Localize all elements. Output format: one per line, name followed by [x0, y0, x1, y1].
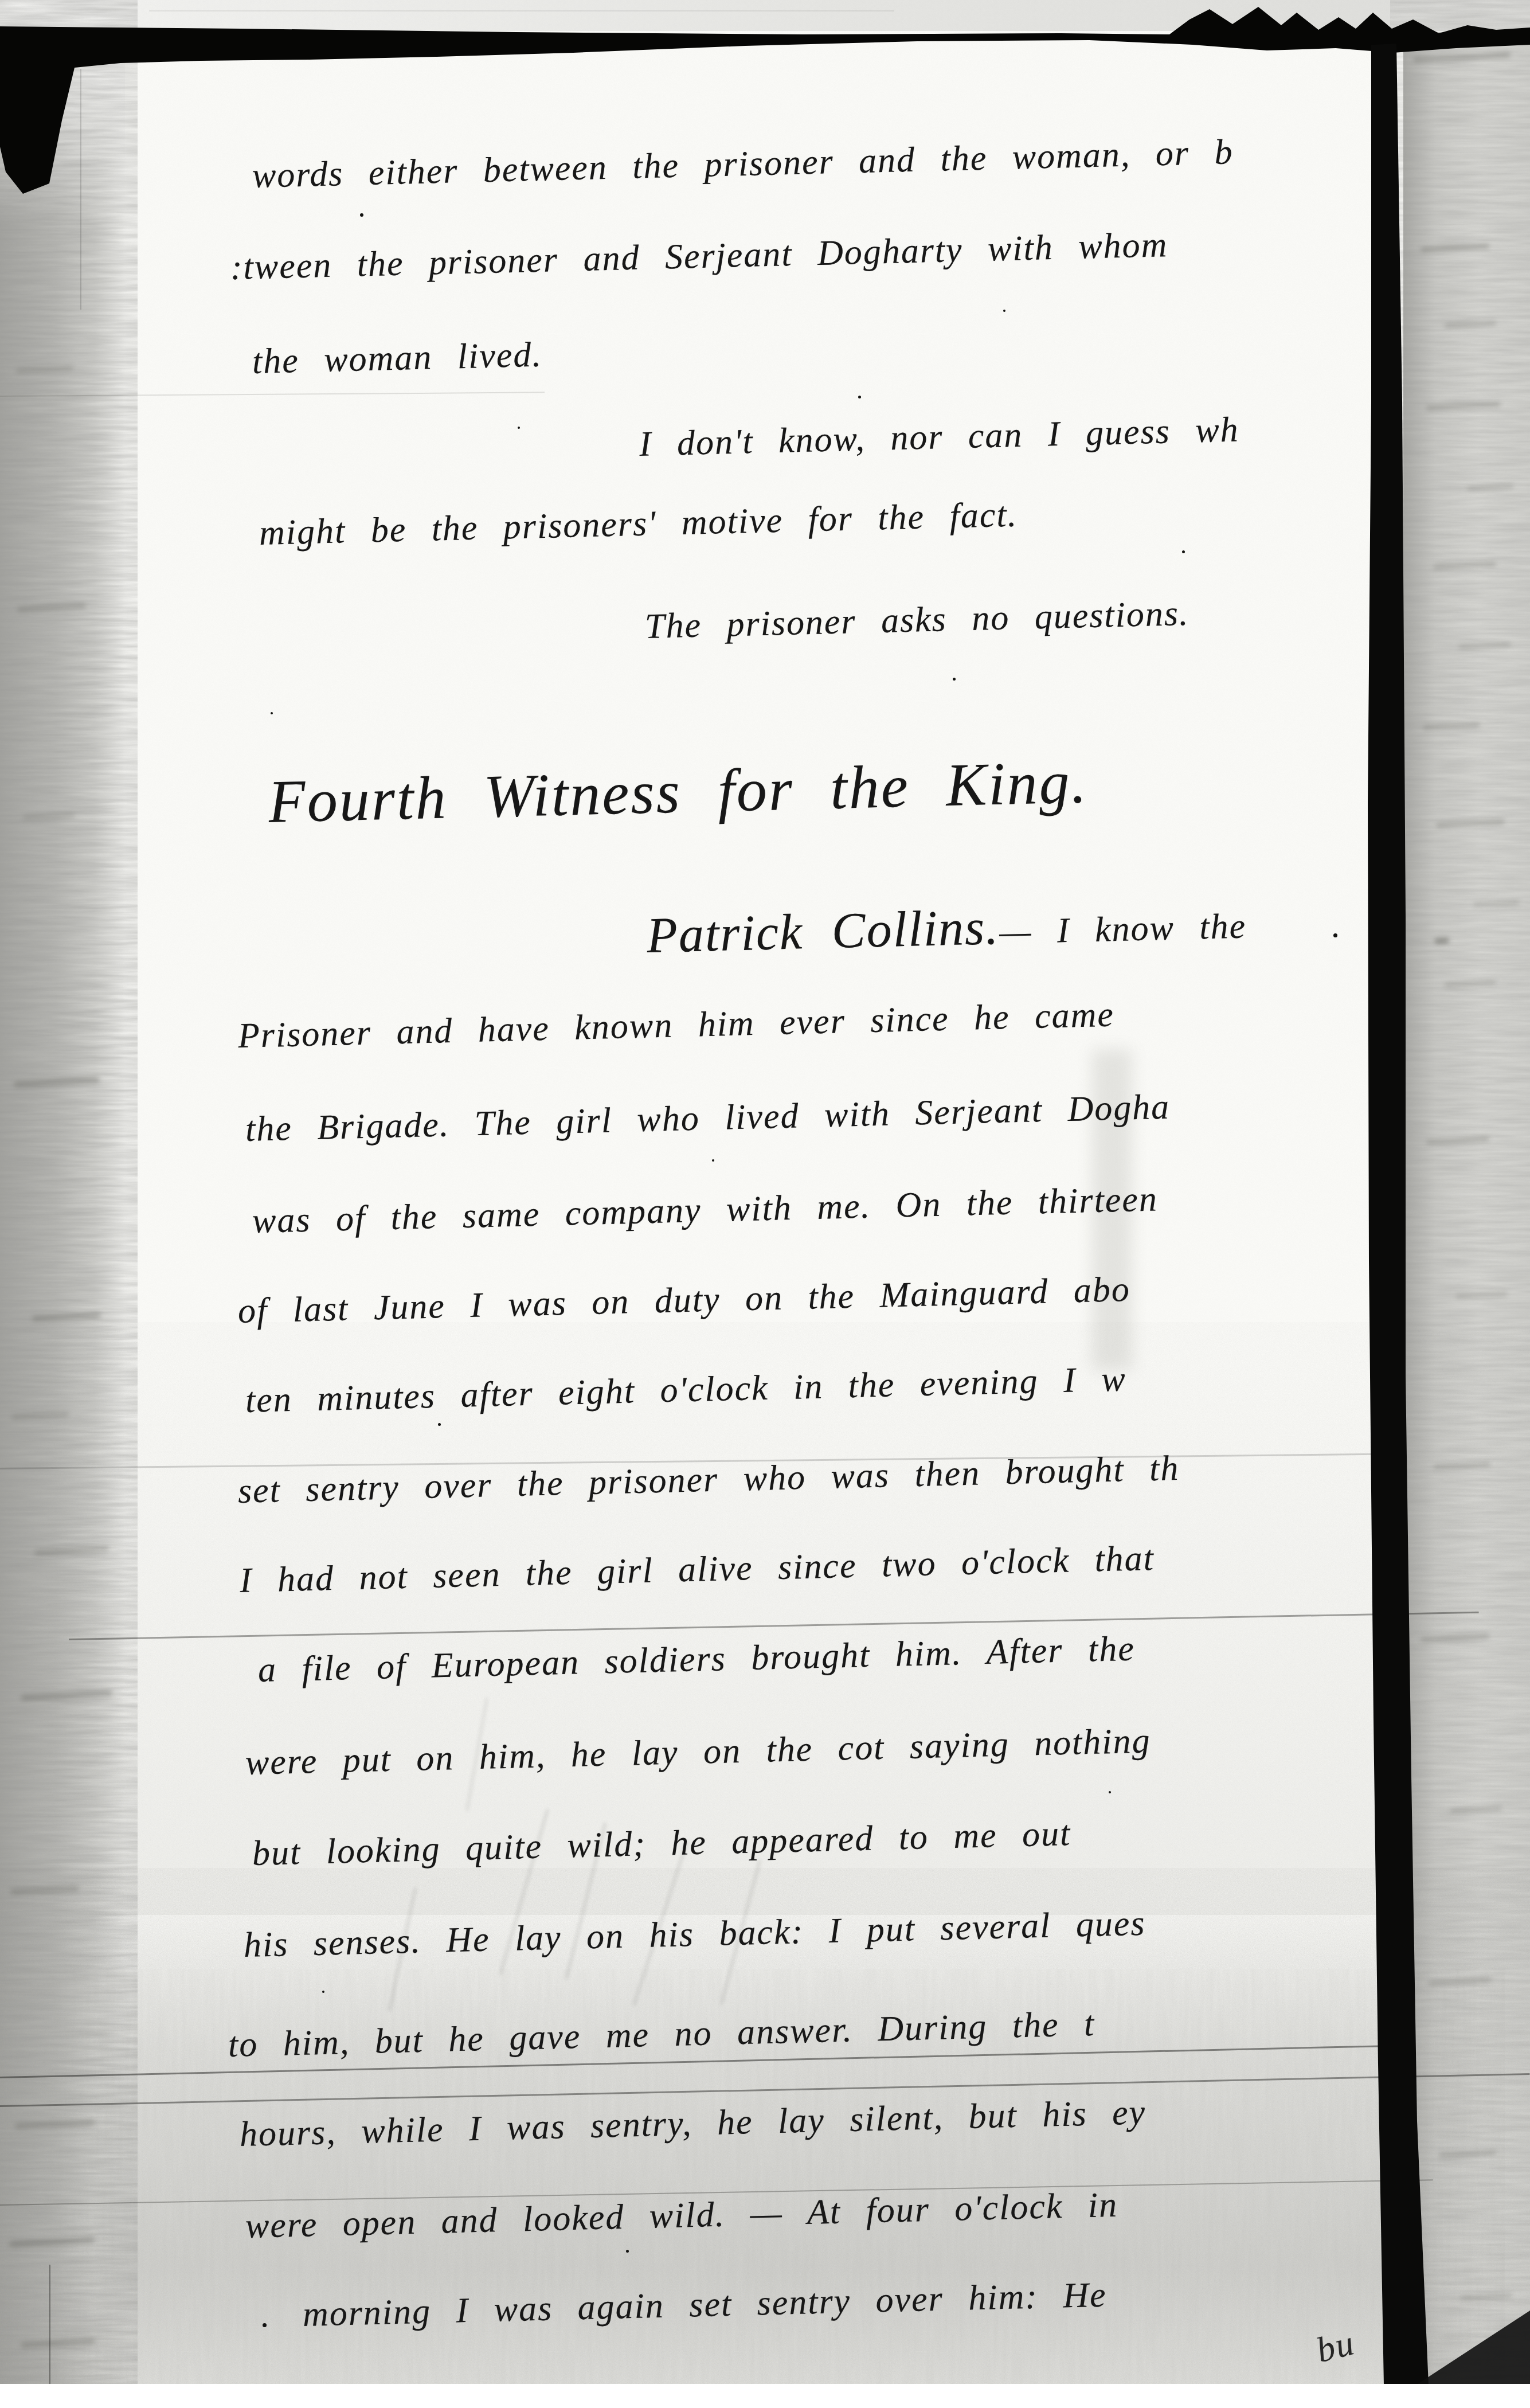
witness-name: Patrick Collins.	[646, 900, 1000, 964]
manuscript-line: :tween the prisoner and Serjeant Doghart…	[230, 220, 1384, 288]
ink-dot	[712, 1159, 714, 1162]
manuscript-line: the Brigade. The girl who lived with Ser…	[245, 1081, 1384, 1150]
ink-dot	[263, 2323, 267, 2327]
ink-dot	[1003, 310, 1005, 312]
manuscript-line: of last June I was on duty on the Maingu…	[237, 1263, 1384, 1332]
scan-artifact-line	[149, 10, 894, 11]
manuscript-page-scan: words either between the prisoner and th…	[0, 0, 1530, 2408]
top-paper-strip	[0, 0, 1530, 31]
scan-artifact-line	[80, 69, 81, 310]
ink-dot	[518, 427, 520, 429]
ink-dot	[360, 213, 363, 217]
left-binding-edge-fade	[0, 63, 125, 224]
ink-dot	[1109, 1791, 1111, 1793]
witness-intro: — I know the	[999, 906, 1247, 952]
manuscript-line: might be the prisoners' motive for the f…	[259, 495, 1018, 554]
ink-dot	[1182, 550, 1185, 553]
manuscript-line: The prisoner asks no questions.	[644, 593, 1189, 647]
scan-artifact-line	[49, 2265, 50, 2385]
ink-dot	[438, 1423, 441, 1426]
adjacent-page-edge	[1403, 32, 1530, 2386]
manuscript-line: Prisoner and have known him ever since h…	[237, 988, 1384, 1057]
bottom-scan-margin	[0, 2384, 1530, 2408]
left-binding-edge	[0, 63, 125, 2386]
ink-dot	[953, 678, 956, 681]
ink-dot	[858, 396, 861, 398]
manuscript-line: words either between the prisoner and th…	[252, 128, 1384, 197]
section-heading: Fourth Witness for the King.	[268, 747, 1089, 837]
ink-dot	[322, 1991, 324, 1993]
ink-dot	[271, 712, 273, 714]
manuscript-line: I don't know, nor can I guess wh	[639, 406, 1384, 465]
bleed-smudge	[1434, 937, 1449, 944]
witness-testimony-opening: Patrick Collins.— I know the	[646, 889, 1387, 964]
ink-dot	[626, 2250, 629, 2253]
manuscript-line: the woman lived.	[252, 335, 542, 382]
manuscript-line: was of the same company with me. On the …	[252, 1174, 1384, 1242]
